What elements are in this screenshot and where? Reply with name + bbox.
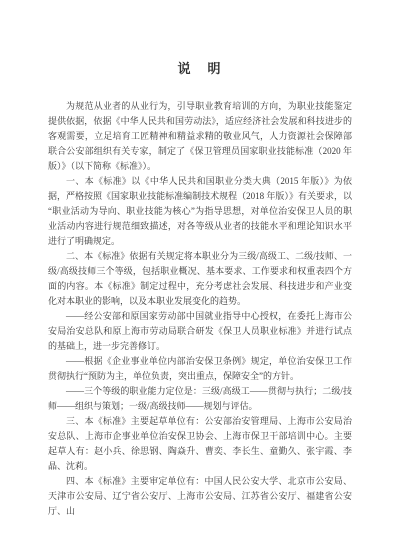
paragraph-preface: 为规范从业者的从业行为，引导职业教育培训的方向，为职业技能鉴定提供依据，依据《中… bbox=[48, 99, 352, 174]
paragraph-dash-levels: ——三个等级的职业能力定位是：三级/高级工——贯彻与执行；二级/技师——组织与策… bbox=[48, 384, 352, 414]
paragraph-dash-policy: ——根据《企业事业单位内部治安保卫条例》规定，单位治安保卫工作贯彻执行“预防为主… bbox=[48, 354, 352, 384]
paragraph-item-3: 三、本《标准》主要起草单位有：公安部治安管理局、上海市公安局治安总队、上海市企事… bbox=[48, 414, 352, 474]
paragraph-item-2: 二、本《标准》依据有关规定将本职业分为三级/高级工、二级/技师、一级/高级技师三… bbox=[48, 249, 352, 309]
paragraph-item-4: 四、本《标准》主要审定单位有：中国人民公安大学、北京市公安局、天津市公安局、辽宁… bbox=[48, 474, 352, 519]
paragraph-item-1: 一、本《标准》以《中华人民共和国职业分类大典（2015 年版）》为依据，严格按照… bbox=[48, 174, 352, 249]
page-title: 说 明 bbox=[48, 58, 352, 77]
document-body: 为规范从业者的从业行为，引导职业教育培训的方向，为职业技能鉴定提供依据，依据《中… bbox=[48, 99, 352, 519]
paragraph-dash-authorization: ——经公安部和原国家劳动部中国就业指导中心授权，在委托上海市公安局治安总队和原上… bbox=[48, 309, 352, 354]
document-page: 说 明 为规范从业者的从业行为，引导职业教育培训的方向，为职业技能鉴定提供依据，… bbox=[0, 0, 400, 555]
